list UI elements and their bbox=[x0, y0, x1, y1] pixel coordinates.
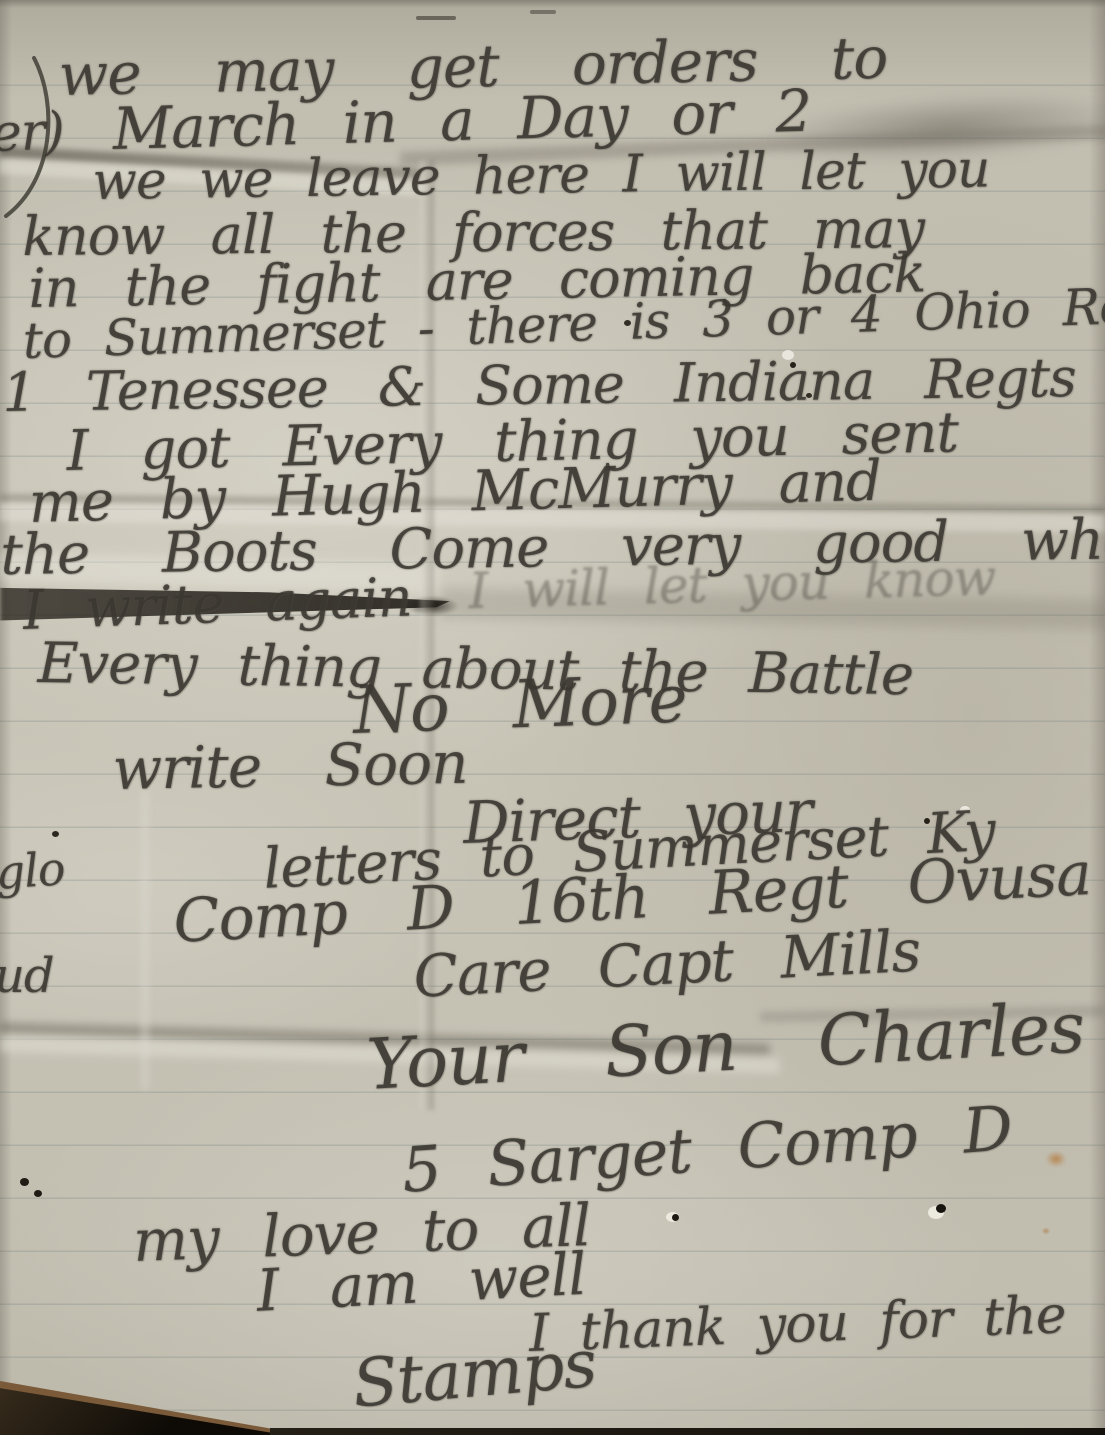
paper-hole bbox=[34, 1190, 42, 1197]
handwriting-line: Stamps bbox=[350, 1331, 599, 1418]
handwriting-line: 5 Sarget Comp D bbox=[400, 1097, 1014, 1201]
paper-hole bbox=[936, 1204, 946, 1213]
vertical-fold-faint bbox=[140, 790, 150, 1090]
letter-scan-page: we may get orders to er) March in a Day … bbox=[0, 0, 1105, 1435]
rust-stain bbox=[1042, 1148, 1070, 1170]
handwriting-line: Your Son Charles bbox=[365, 992, 1086, 1099]
right-edge-shadow bbox=[1089, 0, 1105, 1435]
handwriting-line: I write again bbox=[22, 570, 412, 638]
margin-fragment: glo bbox=[0, 845, 66, 896]
handwriting-line: write Soon bbox=[112, 734, 468, 798]
paper-speck bbox=[416, 16, 456, 20]
handwriting-line: I thank you for the bbox=[528, 1289, 1066, 1360]
paper-hole bbox=[52, 831, 59, 837]
rust-stain bbox=[1040, 1226, 1052, 1236]
top-edge-shadow bbox=[0, 0, 1105, 8]
bottom-edge-strip bbox=[270, 1428, 1105, 1435]
left-edge-shadow bbox=[0, 0, 12, 1435]
margin-fragment: ud bbox=[0, 952, 54, 1000]
torn-corner bbox=[0, 1368, 310, 1435]
paper-speck bbox=[530, 10, 556, 14]
paper-hole bbox=[672, 1214, 679, 1221]
paper-hole bbox=[20, 1178, 29, 1186]
ghost-handwriting: I will let you know bbox=[468, 552, 996, 616]
margin-fragment: er) bbox=[0, 105, 65, 160]
